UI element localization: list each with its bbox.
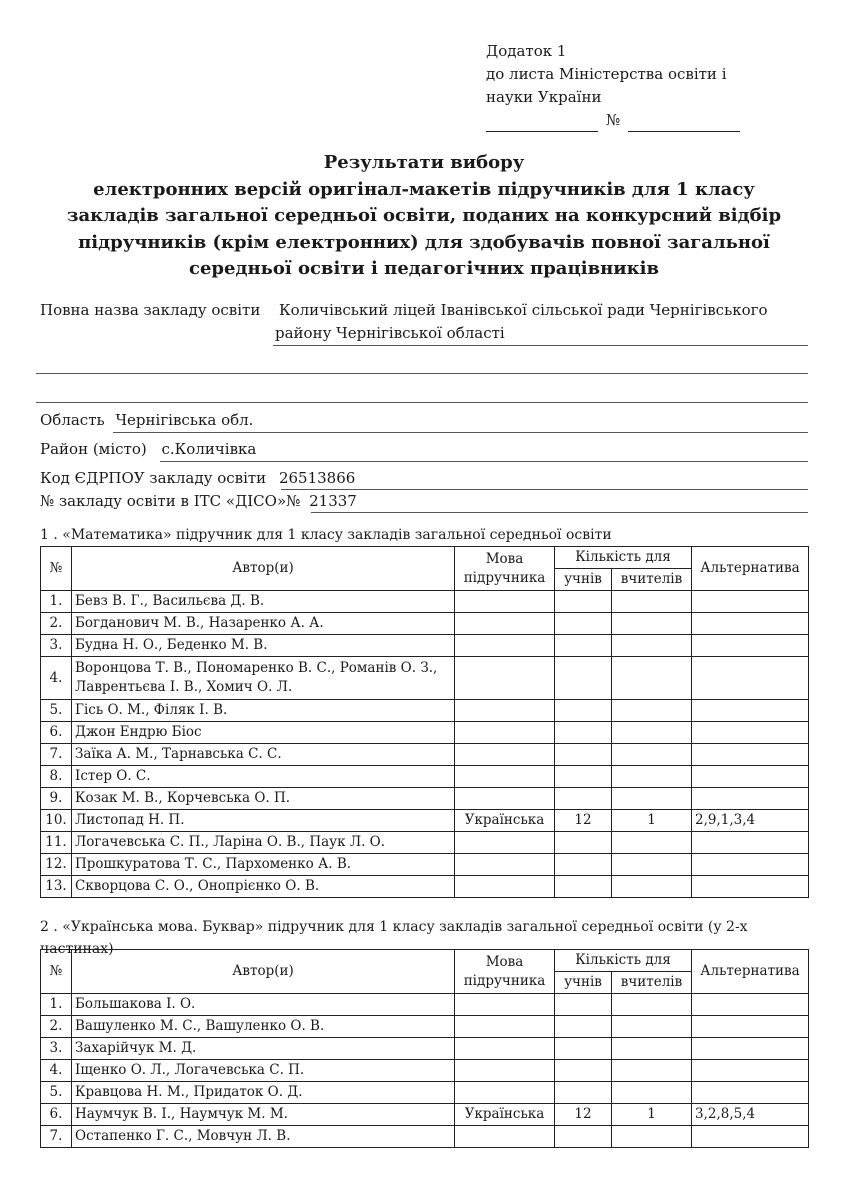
row-teachers-count <box>612 1038 692 1060</box>
row-teachers-count <box>612 1016 692 1038</box>
table-row: 13.Скворцова С. О., Онопрієнко О. В. <box>41 876 809 898</box>
row-teachers-count <box>612 1126 692 1148</box>
row-authors: Большакова І. О. <box>72 994 455 1016</box>
row-number: 6. <box>41 722 72 744</box>
district-field: Район (місто) с.Количівка <box>40 440 808 458</box>
edrpou-field: Код ЄДРПОУ закладу освіти 26513866 <box>40 469 808 487</box>
row-alternative <box>692 788 809 810</box>
table-row: 10.Листопад Н. П.Українська1212,9,1,3,4 <box>41 810 809 832</box>
section-2-rows: 1.Большакова І. О.2.Вашуленко М. С., Ваш… <box>41 994 809 1148</box>
header-alternative: Альтернатива <box>692 950 809 994</box>
row-authors: Заїка А. М., Тарнавська С. С. <box>72 744 455 766</box>
row-alternative <box>692 657 809 700</box>
row-number: 11. <box>41 832 72 854</box>
row-number: 4. <box>41 657 72 700</box>
row-teachers-count: 1 <box>612 810 692 832</box>
row-alternative <box>692 854 809 876</box>
table-row: 9.Козак М. В., Корчевська О. П. <box>41 788 809 810</box>
row-authors: Джон Ендрю Біос <box>72 722 455 744</box>
row-authors: Наумчук В. І., Наумчук М. М. <box>72 1104 455 1126</box>
district-label: Район (місто) <box>40 440 147 458</box>
row-teachers-count <box>612 744 692 766</box>
row-alternative <box>692 1038 809 1060</box>
row-students-count <box>555 744 612 766</box>
title-line-1: Результати вибору <box>40 150 808 177</box>
region-underline <box>113 432 808 433</box>
row-students-count <box>555 613 612 635</box>
row-authors: Вашуленко М. С., Вашуленко О. В. <box>72 1016 455 1038</box>
document-title: Результати вибору електронних версій ори… <box>40 150 808 283</box>
row-alternative <box>692 876 809 898</box>
row-teachers-count <box>612 788 692 810</box>
table-row: 7.Заїка А. М., Тарнавська С. С. <box>41 744 809 766</box>
table-row: 4.Іщенко О. Л., Логачевська С. П. <box>41 1060 809 1082</box>
row-language <box>455 657 555 700</box>
row-authors: Остапенко Г. С., Мовчун Л. В. <box>72 1126 455 1148</box>
row-students-count <box>555 722 612 744</box>
row-alternative <box>692 994 809 1016</box>
row-number: 2. <box>41 613 72 635</box>
date-blank <box>486 116 598 132</box>
row-authors: Захарійчук М. Д. <box>72 1038 455 1060</box>
title-line-2: електронних версій оригінал-макетів підр… <box>40 177 808 204</box>
row-alternative <box>692 1060 809 1082</box>
row-teachers-count <box>612 876 692 898</box>
row-language <box>455 1038 555 1060</box>
row-authors: Богданович М. В., Назаренко А. А. <box>72 613 455 635</box>
table-row: 2.Вашуленко М. С., Вашуленко О. В. <box>41 1016 809 1038</box>
row-language <box>455 1060 555 1082</box>
row-students-count <box>555 1082 612 1104</box>
row-number: 7. <box>41 744 72 766</box>
row-language <box>455 613 555 635</box>
row-authors: Козак М. В., Корчевська О. П. <box>72 788 455 810</box>
table-row: 2.Богданович М. В., Назаренко А. А. <box>41 613 809 635</box>
row-authors: Логачевська С. П., Ларіна О. В., Паук Л.… <box>72 832 455 854</box>
row-language <box>455 788 555 810</box>
row-number: 3. <box>41 635 72 657</box>
number-sign: № <box>606 109 620 132</box>
header-quantity-for: Кількість для <box>555 950 692 972</box>
row-language <box>455 832 555 854</box>
appendix-date-number-line: № <box>486 109 740 132</box>
full-name-field-cont: району Чернігівської області <box>275 324 808 342</box>
appendix-line-2: до листа Міністерства освіти і <box>486 63 740 86</box>
section-1-rows: 1.Бевз В. Г., Васильєва Д. В.2.Богданови… <box>41 591 809 898</box>
header-language: Мова підручника <box>455 950 555 994</box>
appendix-line-3: науки України <box>486 86 740 109</box>
full-name-value-line-1: Количівський ліцей Іванівської сільської… <box>279 301 768 319</box>
row-teachers-count: 1 <box>612 1104 692 1126</box>
title-line-3: закладів загальної середньої освіти, под… <box>40 203 808 230</box>
row-number: 8. <box>41 766 72 788</box>
table-row: 3.Захарійчук М. Д. <box>41 1038 809 1060</box>
header-authors: Автор(и) <box>72 547 455 591</box>
row-alternative <box>692 1082 809 1104</box>
row-language: Українська <box>455 1104 555 1126</box>
row-teachers-count <box>612 722 692 744</box>
row-teachers-count <box>612 766 692 788</box>
row-students-count <box>555 1126 612 1148</box>
region-value: Чернігівська обл. <box>115 411 253 429</box>
full-name-field: Повна назва закладу освіти Количівський … <box>40 301 808 319</box>
table-row: 7.Остапенко Г. С., Мовчун Л. В. <box>41 1126 809 1148</box>
row-language <box>455 1126 555 1148</box>
table-row: 4.Воронцова Т. В., Пономаренко В. С., Ро… <box>41 657 809 700</box>
row-authors: Прошкуратова Т. С., Пархоменко А. В. <box>72 854 455 876</box>
header-teachers: вчителів <box>612 972 692 994</box>
row-students-count <box>555 876 612 898</box>
row-authors: Листопад Н. П. <box>72 810 455 832</box>
row-language: Українська <box>455 810 555 832</box>
section-1-title: 1 . «Математика» підручник для 1 класу з… <box>40 524 808 546</box>
row-authors: Кравцова Н. М., Придаток О. Д. <box>72 1082 455 1104</box>
table-row: 1.Бевз В. Г., Васильєва Д. В. <box>41 591 809 613</box>
table-row: 6.Наумчук В. І., Наумчук М. М.Українська… <box>41 1104 809 1126</box>
row-teachers-count <box>612 657 692 700</box>
row-students-count: 12 <box>555 1104 612 1126</box>
its-underline <box>311 512 808 513</box>
header-num: № <box>41 547 72 591</box>
row-number: 5. <box>41 1082 72 1104</box>
row-authors: Будна Н. О., Беденко М. В. <box>72 635 455 657</box>
row-alternative <box>692 1016 809 1038</box>
row-number: 3. <box>41 1038 72 1060</box>
section-2-table: № Автор(и) Мова підручника Кількість для… <box>40 949 809 1148</box>
row-authors: Істер О. С. <box>72 766 455 788</box>
row-students-count <box>555 591 612 613</box>
its-value: 21337 <box>309 492 357 510</box>
edrpou-label: Код ЄДРПОУ закладу освіти <box>40 469 266 487</box>
row-students-count <box>555 635 612 657</box>
row-alternative <box>692 591 809 613</box>
row-number: 7. <box>41 1126 72 1148</box>
table-row: 3.Будна Н. О., Беденко М. В. <box>41 635 809 657</box>
row-number: 12. <box>41 854 72 876</box>
full-name-underline <box>273 345 808 346</box>
row-students-count <box>555 994 612 1016</box>
row-number: 2. <box>41 1016 72 1038</box>
row-students-count <box>555 657 612 700</box>
row-language <box>455 700 555 722</box>
row-number: 13. <box>41 876 72 898</box>
table-row: 5.Гісь О. М., Філяк І. В. <box>41 700 809 722</box>
appendix-line-1: Додаток 1 <box>486 40 740 63</box>
row-authors: Гісь О. М., Філяк І. В. <box>72 700 455 722</box>
edrpou-value: 26513866 <box>279 469 355 487</box>
row-alternative <box>692 635 809 657</box>
header-authors: Автор(и) <box>72 950 455 994</box>
row-number: 4. <box>41 1060 72 1082</box>
district-underline <box>160 461 808 462</box>
row-number: 6. <box>41 1104 72 1126</box>
row-students-count <box>555 832 612 854</box>
row-alternative <box>692 700 809 722</box>
header-quantity-for: Кількість для <box>555 547 692 569</box>
row-alternative: 3,2,8,5,4 <box>692 1104 809 1126</box>
table-row: 12.Прошкуратова Т. С., Пархоменко А. В. <box>41 854 809 876</box>
appendix-header: Додаток 1 до листа Міністерства освіти і… <box>486 40 740 132</box>
row-alternative <box>692 832 809 854</box>
row-language <box>455 722 555 744</box>
row-teachers-count <box>612 832 692 854</box>
row-students-count <box>555 1060 612 1082</box>
its-field: № закладу освіти в ІТС «ДІСО»№ 21337 <box>40 492 808 510</box>
row-language <box>455 744 555 766</box>
header-alternative: Альтернатива <box>692 547 809 591</box>
row-alternative <box>692 1126 809 1148</box>
row-alternative <box>692 722 809 744</box>
table-row: 1.Большакова І. О. <box>41 994 809 1016</box>
region-label: Область <box>40 411 105 429</box>
district-value: с.Количівка <box>162 440 257 458</box>
row-teachers-count <box>612 854 692 876</box>
table-row: 8.Істер О. С. <box>41 766 809 788</box>
row-teachers-count <box>612 591 692 613</box>
row-teachers-count <box>612 700 692 722</box>
title-line-4: підручників (крім електронних) для здобу… <box>40 230 808 257</box>
row-language <box>455 994 555 1016</box>
number-blank <box>628 116 740 132</box>
row-teachers-count <box>612 1082 692 1104</box>
row-language <box>455 854 555 876</box>
row-language <box>455 766 555 788</box>
blank-line-1 <box>36 373 808 374</box>
header-students: учнів <box>555 569 612 591</box>
row-students-count <box>555 854 612 876</box>
row-students-count <box>555 788 612 810</box>
full-name-label: Повна назва закладу освіти <box>40 301 260 319</box>
row-number: 1. <box>41 591 72 613</box>
row-alternative <box>692 613 809 635</box>
row-alternative: 2,9,1,3,4 <box>692 810 809 832</box>
row-language <box>455 635 555 657</box>
row-students-count <box>555 1038 612 1060</box>
full-name-value-line-2: району Чернігівської області <box>275 324 505 342</box>
row-teachers-count <box>612 1060 692 1082</box>
row-teachers-count <box>612 635 692 657</box>
row-language <box>455 1082 555 1104</box>
its-label: № закладу освіти в ІТС «ДІСО»№ <box>40 492 300 510</box>
row-students-count <box>555 700 612 722</box>
row-students-count <box>555 1016 612 1038</box>
header-language: Мова підручника <box>455 547 555 591</box>
blank-line-2 <box>36 402 808 403</box>
row-alternative <box>692 766 809 788</box>
header-students: учнів <box>555 972 612 994</box>
row-language <box>455 876 555 898</box>
row-alternative <box>692 744 809 766</box>
header-teachers: вчителів <box>612 569 692 591</box>
row-language <box>455 1016 555 1038</box>
row-language <box>455 591 555 613</box>
title-line-5: середньої освіти і педагогічних працівни… <box>40 256 808 283</box>
region-field: Область Чернігівська обл. <box>40 411 808 429</box>
row-authors: Воронцова Т. В., Пономаренко В. С., Рома… <box>72 657 455 700</box>
row-authors: Іщенко О. Л., Логачевська С. П. <box>72 1060 455 1082</box>
header-num: № <box>41 950 72 994</box>
row-authors: Бевз В. Г., Васильєва Д. В. <box>72 591 455 613</box>
row-number: 9. <box>41 788 72 810</box>
row-students-count <box>555 766 612 788</box>
row-students-count: 12 <box>555 810 612 832</box>
table-row: 5.Кравцова Н. М., Придаток О. Д. <box>41 1082 809 1104</box>
row-number: 10. <box>41 810 72 832</box>
row-number: 5. <box>41 700 72 722</box>
table-row: 11.Логачевська С. П., Ларіна О. В., Паук… <box>41 832 809 854</box>
table-row: 6.Джон Ендрю Біос <box>41 722 809 744</box>
edrpou-underline <box>281 489 808 490</box>
row-teachers-count <box>612 613 692 635</box>
row-teachers-count <box>612 994 692 1016</box>
row-authors: Скворцова С. О., Онопрієнко О. В. <box>72 876 455 898</box>
section-1-table: № Автор(и) Мова підручника Кількість для… <box>40 546 809 898</box>
row-number: 1. <box>41 994 72 1016</box>
